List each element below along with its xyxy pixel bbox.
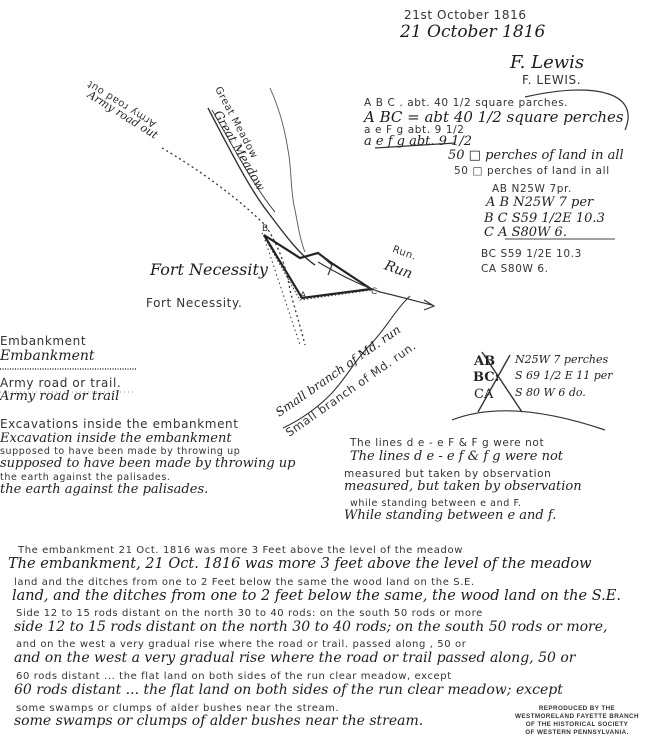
bearing-ab-print: AB N25W 7pr. (492, 183, 572, 195)
date-print: 21st October 1816 (404, 8, 527, 22)
bottom-line5-print: 60 rods distant ... the flat land on bot… (16, 671, 452, 682)
bottom-line5-script: 60 rods distant ... the flat land on bot… (14, 682, 563, 698)
point-b-label: B (262, 224, 269, 234)
bottom-line4-print: and on the west a very gradual rise wher… (16, 639, 466, 650)
legend-road-script: Army road or trail (0, 389, 119, 404)
fort-necessity-print: Fort Necessity. (146, 296, 242, 310)
obs-line2-script: measured, but taken by observation (344, 479, 582, 494)
point-a-label: A (300, 291, 307, 301)
point-c-label: C (371, 287, 378, 297)
date-script: 21 October 1816 (400, 22, 545, 42)
crossed-ab-label: AB (474, 354, 495, 369)
legend-supposed-script: supposed to have been made by throwing u… (0, 456, 296, 471)
legend-embankment-script: Embankment (0, 348, 95, 364)
crossed-bc-value: S 69 1/2 E 11 per (515, 369, 613, 382)
legend-road-print: Army road or trail. (0, 376, 121, 390)
crossed-ca-value: S 80 W 6 do. (515, 386, 586, 399)
fort-outline (264, 235, 371, 298)
crossed-ab-value: N25W 7 perches (515, 353, 608, 366)
bottom-line1-print: The embankment 21 Oct. 1816 was more 3 F… (18, 545, 463, 556)
bearing-ca-script: C A S80W 6. (484, 225, 567, 240)
bottom-line2-script: land, and the ditches from one to 2 feet… (12, 588, 621, 604)
bottom-line2-print: land and the ditches from one to 2 Feet … (14, 577, 475, 588)
bottom-line3-script: side 12 to 15 rods distant on the north … (14, 619, 607, 635)
obs-line3-script: While standing between e and f. (344, 508, 556, 523)
obs-line1-script: The lines d e - e f & f g were not (350, 449, 563, 464)
bearing-ab-script: A B N25W 7 per (486, 195, 593, 210)
fort-necessity-script: Fort Necessity (150, 260, 268, 279)
credit-line2: WESTMORELAND FAYETTE BRANCH (508, 713, 646, 721)
bottom-line3-print: Side 12 to 15 rods distant on the north … (16, 608, 483, 619)
bearing-bc-print: BC S59 1/2E 10.3 (481, 248, 582, 260)
credit-line4: OF WESTERN PENNSYLVANIA. (508, 729, 646, 737)
bottom-line1-script: The embankment, 21 Oct. 1816 was more 3 … (8, 556, 592, 572)
crossed-bc-label: BC: (473, 370, 499, 385)
bearing-ca-print: CA S80W 6. (481, 263, 549, 275)
total-area-script: 50 □ perches of land in all (448, 148, 624, 163)
signature-print: F. LEWIS. (522, 73, 581, 87)
obs-line1-print: The lines d e - e F & F g were not (350, 437, 544, 449)
aefg-area-script: a e f g abt. 9 1/2 (364, 134, 472, 149)
bottom-line6-script: some swamps or clumps of alder bushes ne… (14, 713, 423, 729)
legend-excavations-script: Excavation inside the embankment (0, 431, 232, 446)
signature-script: F. Lewis (510, 52, 584, 73)
legend-embankment-print: Embankment (0, 334, 86, 348)
bearing-bc-script: B C S59 1/2E 10.3 (484, 211, 605, 226)
credit-line3: OF THE HISTORICAL SOCIETY (508, 721, 646, 729)
crossed-ca-label: CA (474, 387, 493, 402)
legend-earth-script: the earth against the palisades. (0, 482, 208, 497)
total-area-print: 50 □ perches of land in all (454, 165, 610, 177)
bottom-line4-script: and on the west a very gradual rise wher… (14, 650, 575, 666)
reproduction-credit: REPRODUCED BY THE WESTMORELAND FAYETTE B… (508, 705, 646, 737)
credit-line1: REPRODUCED BY THE (508, 705, 646, 713)
legend-excavations-print: Excavations inside the embankment (0, 417, 239, 431)
